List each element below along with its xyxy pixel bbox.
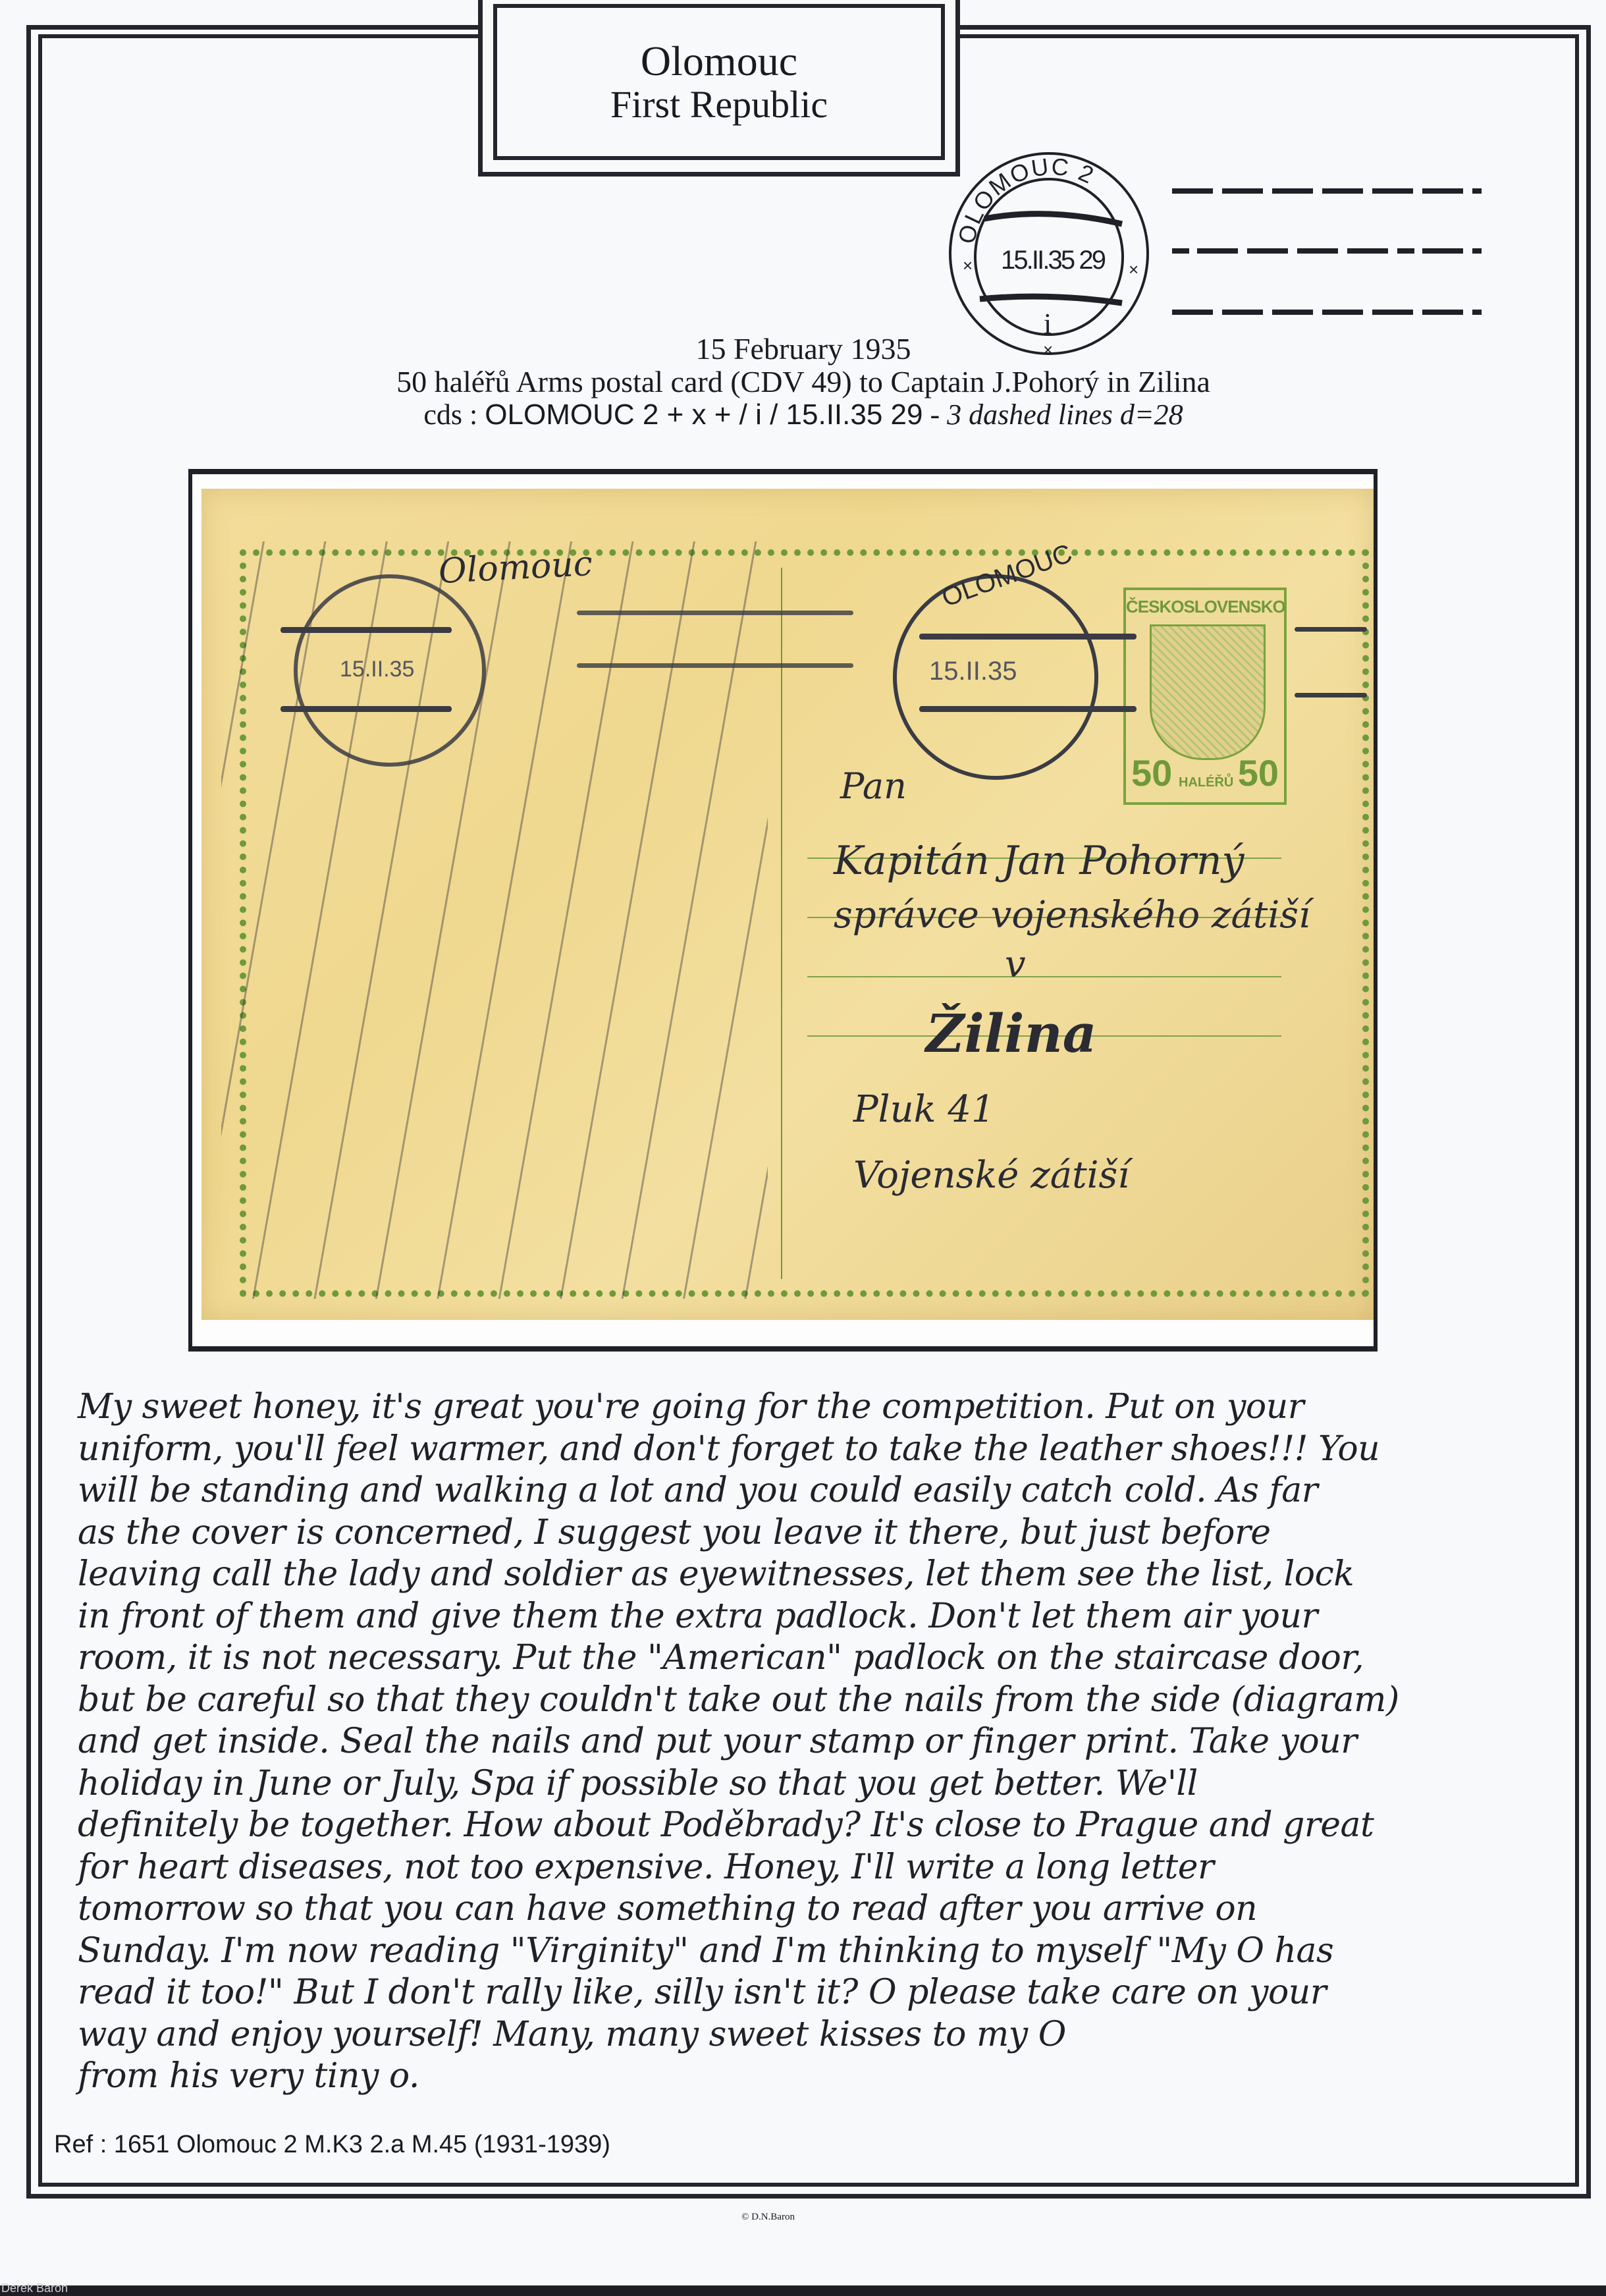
caption-cds-prefix: cds : xyxy=(423,398,485,431)
address-line-6: Vojenské zátiší xyxy=(853,1154,1129,1197)
translation-line: leaving call the lady and soldier as eye… xyxy=(78,1554,1480,1596)
caption-description: 50 haléřů Arms postal card (CDV 49) to C… xyxy=(198,366,1409,398)
scan-bottom-bar xyxy=(0,2285,1606,2296)
caption-cds-value: OLOMOUC 2 + x + / i / 15.II.35 29 xyxy=(485,398,923,431)
caption: 15 February 1935 50 haléřů Arms postal c… xyxy=(198,333,1409,431)
card-divider-line xyxy=(781,568,782,1279)
dashed-lines-icon xyxy=(1172,171,1482,329)
title-box: Olomouc First Republic xyxy=(478,0,960,177)
machine-cancel-line xyxy=(577,663,853,668)
copyright-text: © D.N.Baron xyxy=(741,2212,795,2223)
postmark-illustration-icon: OLOMOUC 2 15.II.35 29 i × × × xyxy=(943,146,1155,358)
svg-text:×: × xyxy=(963,256,973,275)
svg-text:×: × xyxy=(1129,260,1138,279)
reference-text: Ref : 1651 Olomouc 2 M.K3 2.a M.45 (1931… xyxy=(54,2131,610,2159)
page-title: Olomouc xyxy=(641,39,797,84)
translation-line: but be careful so that they couldn't tak… xyxy=(78,1680,1480,1722)
page-subtitle: First Republic xyxy=(610,84,828,126)
address-salutation: Pan xyxy=(840,765,907,807)
translation-line: will be standing and walking a lot and y… xyxy=(78,1470,1480,1512)
address-line xyxy=(807,976,1281,977)
machine-cancel-line xyxy=(577,611,853,615)
cancel-bar xyxy=(919,634,1137,640)
postal-card: ČESKOSLOVENSKO 50 HALÉŘŮ 50 OLOMOUC 15.I… xyxy=(201,489,1374,1320)
postmark-right-date: 15.II.35 xyxy=(929,657,1017,686)
address-line-2: správce vojenského zátiší xyxy=(834,894,1310,937)
translation-line: way and enjoy yourself! Many, many sweet… xyxy=(78,2014,1480,2056)
translation-line: definitely be together. How about Poděbr… xyxy=(78,1805,1480,1847)
svg-text:OLOMOUC 2: OLOMOUC 2 xyxy=(953,153,1099,246)
translation-line: in front of them and give them the extra… xyxy=(78,1596,1480,1638)
machine-cancel-line xyxy=(1295,693,1367,697)
translation-line: holiday in June or July, Spa if possible… xyxy=(78,1763,1480,1805)
coat-of-arms-icon xyxy=(1150,624,1266,760)
translation-line: from his very tiny o. xyxy=(78,2056,1480,2098)
stamp-value-right: 50 xyxy=(1238,752,1279,794)
translation-line: for heart diseases, not too expensive. H… xyxy=(78,1847,1480,1889)
sender-text: Olomouc xyxy=(438,544,594,591)
stamp-unit: HALÉŘŮ xyxy=(1179,775,1231,790)
watermark-text: Derek Baron xyxy=(1,2282,68,2295)
address-city: Žilina xyxy=(926,1002,1097,1064)
translation-line: My sweet honey, it's great you're going … xyxy=(78,1386,1480,1429)
caption-cds: cds : OLOMOUC 2 + x + / i / 15.II.35 29 … xyxy=(198,398,1409,431)
postmark-date-text: 15.II.35 29 xyxy=(1001,246,1106,275)
translation-line: Sunday. I'm now reading "Virginity" and … xyxy=(78,1930,1480,1973)
translation-line: as the cover is concerned, I suggest you… xyxy=(78,1512,1480,1554)
translation-line: and get inside. Seal the nails and put y… xyxy=(78,1721,1480,1763)
machine-cancel-line xyxy=(1295,627,1367,632)
translation-line: read it too!" But I don't rally like, si… xyxy=(78,1972,1480,2014)
translation-line: room, it is not necessary. Put the "Amer… xyxy=(78,1637,1480,1680)
caption-cds-note: - 3 dashed lines d=28 xyxy=(923,398,1183,431)
cancel-bar xyxy=(919,706,1137,712)
cancel-bar xyxy=(281,627,452,633)
translation-text: My sweet honey, it's great you're going … xyxy=(78,1386,1480,2098)
address-line-3: v xyxy=(1005,943,1026,986)
stamp-value-left: 50 xyxy=(1131,752,1172,794)
title-box-inner: Olomouc First Republic xyxy=(493,4,945,160)
translation-line: uniform, you'll feel warmer, and don't f… xyxy=(78,1429,1480,1471)
address-line-5: Pluk 41 xyxy=(853,1088,995,1131)
postmark-left-date: 15.II.35 xyxy=(340,657,414,682)
stamp-country: ČESKOSLOVENSKO xyxy=(1126,597,1284,617)
address-line-1: Kapitán Jan Pohorný xyxy=(834,838,1244,884)
cancel-bar xyxy=(281,706,452,712)
caption-date: 15 February 1935 xyxy=(198,333,1409,366)
imprinted-stamp: ČESKOSLOVENSKO 50 HALÉŘŮ 50 xyxy=(1123,588,1287,805)
translation-line: tomorrow so that you can have something … xyxy=(78,1888,1480,1930)
postmark-town-text: OLOMOUC 2 xyxy=(953,153,1099,246)
